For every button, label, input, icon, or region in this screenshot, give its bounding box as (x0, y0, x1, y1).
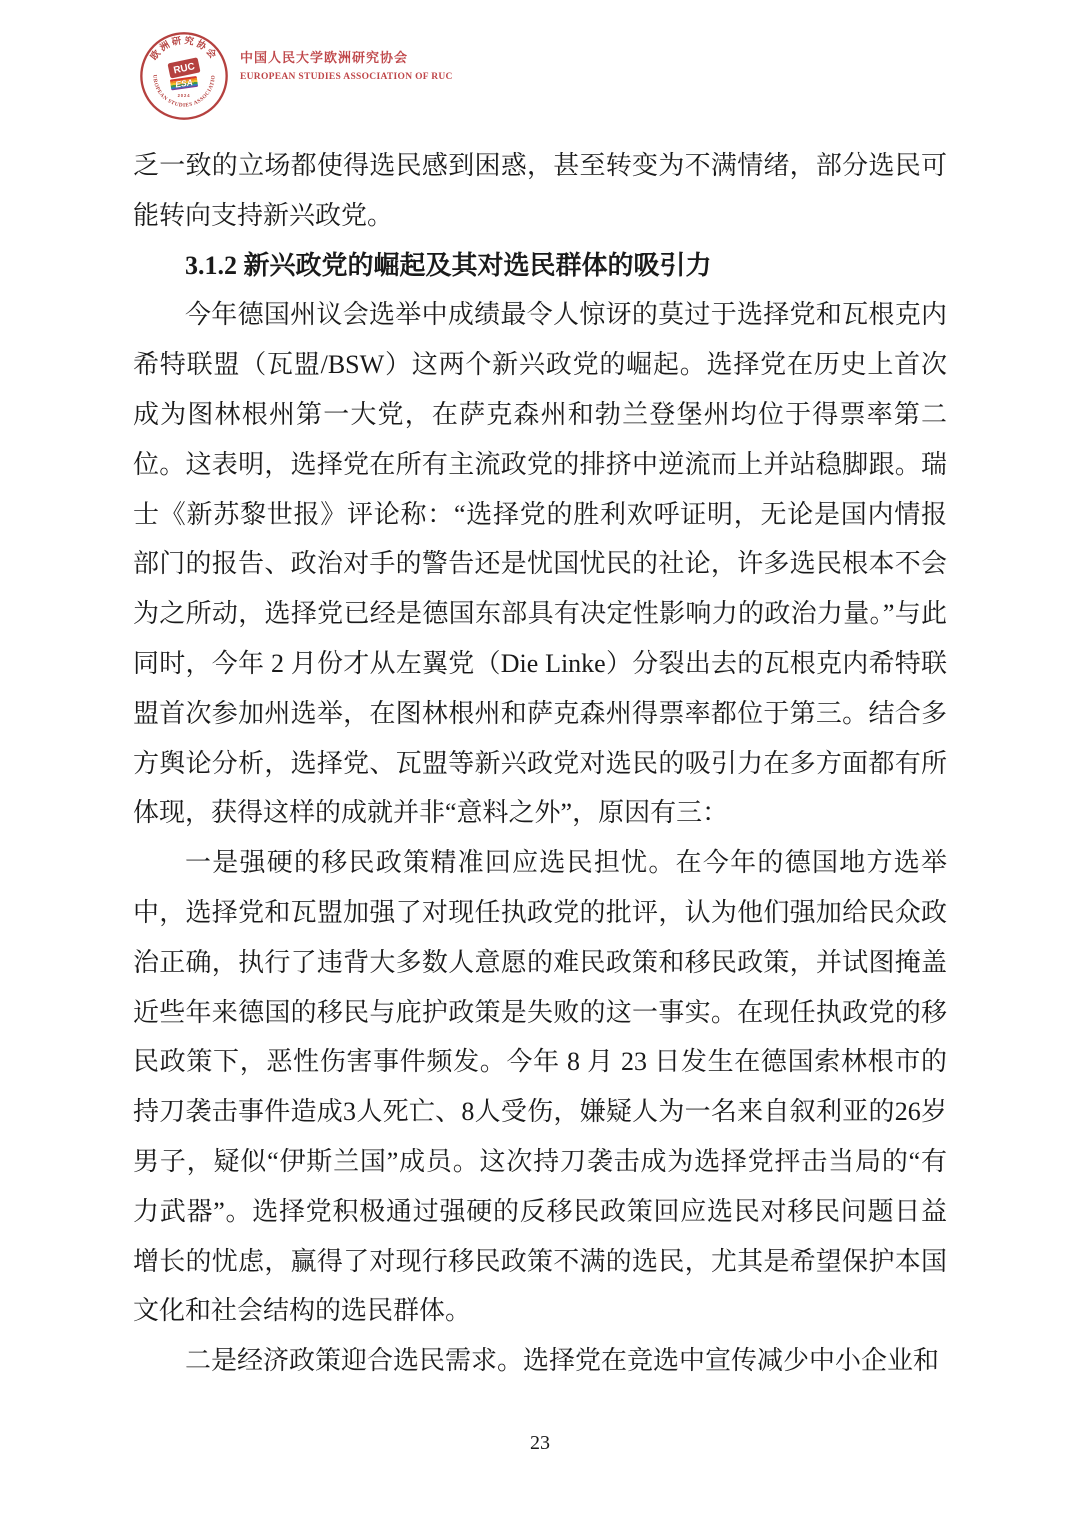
document-header: 欧洲研究协会 EUROPEAN STUDIES ASSOCIATION RUC … (139, 31, 453, 121)
page-footer: 23 (0, 1432, 1080, 1455)
esa-ruc-seal-logo: 欧洲研究协会 EUROPEAN STUDIES ASSOCIATION RUC … (139, 31, 229, 121)
paragraph-continuation: 乏一致的立场都使得选民感到困惑，甚至转变为不满情绪，部分选民可能转向支持新兴政党… (133, 141, 947, 241)
section-heading-3-1-2: 3.1.2 新兴政党的崛起及其对选民群体的吸引力 (133, 241, 947, 291)
page-number: 23 (530, 1432, 550, 1455)
seal-ruc-plate: RUC (167, 57, 200, 78)
document-body: 乏一致的立场都使得选民感到困惑，甚至转变为不满情绪，部分选民可能转向支持新兴政党… (133, 141, 947, 1386)
org-name-english: EUROPEAN STUDIES ASSOCIATION OF RUC (240, 72, 453, 82)
org-names-block: 中国人民大学欧洲研究协会 EUROPEAN STUDIES ASSOCIATIO… (240, 31, 453, 82)
org-name-chinese: 中国人民大学欧洲研究协会 (240, 47, 453, 66)
seal-ring-text-cn: 欧洲研究协会 (148, 34, 220, 62)
document-page: 欧洲研究协会 EUROPEAN STUDIES ASSOCIATION RUC … (0, 0, 1080, 1527)
paragraph-immigration-policy: 一是强硬的移民政策精准回应选民担忧。在今年的德国地方选举中，选择党和瓦盟加强了对… (133, 838, 947, 1336)
seal-esa-plate: ESA (170, 76, 198, 90)
paragraph-economic-policy: 二是经济政策迎合选民需求。选择党在竞选中宣传减少中小企业和 (133, 1336, 947, 1386)
seal-year-text: 2024 (178, 93, 191, 98)
paragraph-new-parties-rise: 今年德国州议会选举中成绩最令人惊讶的莫过于选择党和瓦根克内希特联盟（瓦盟/BSW… (133, 290, 947, 838)
